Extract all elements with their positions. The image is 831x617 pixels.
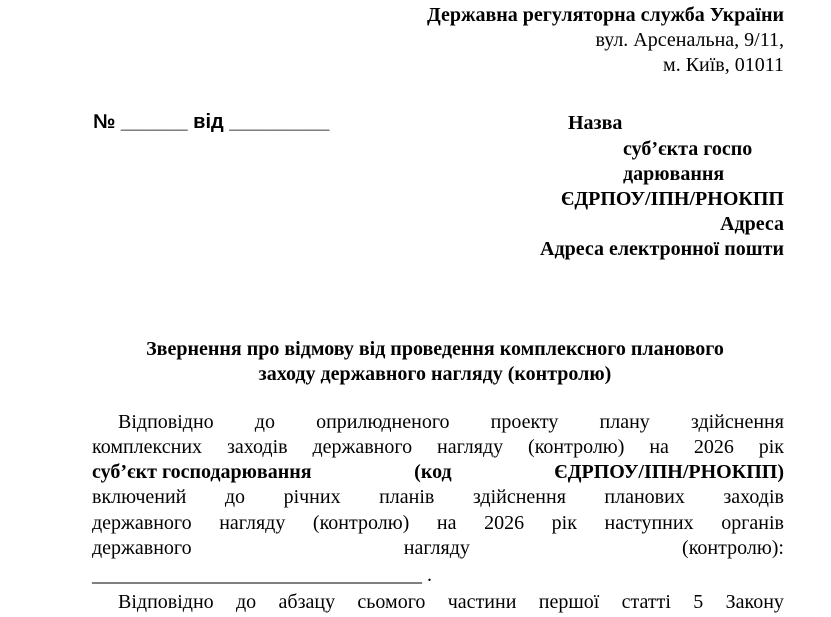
date-blank[interactable]: _________ <box>229 111 329 133</box>
paragraph2-line1: Відповідно до абзацу сьомого частини пер… <box>118 590 784 615</box>
paragraph1-line6: державного нагляду (контролю): <box>92 536 784 561</box>
sender-name-line1: Назва <box>568 111 622 136</box>
subject-placeholder: суб’єкт господарювання <box>92 460 312 485</box>
addressee-city: м. Київ, 01011 <box>663 53 784 78</box>
paragraph1-line5: державного нагляду (контролю) на 2026 рі… <box>92 511 784 536</box>
paragraph1-line3: суб’єкт господарювання (код ЄДРПОУ/ІПН/Р… <box>92 460 784 485</box>
sender-name-line3: дарювання <box>623 162 724 187</box>
code-placeholder: ЄДРПОУ/ІПН/РНОКПП) <box>554 460 784 485</box>
addressee-street: вул. Арсенальна, 9/11, <box>595 28 784 53</box>
addressee-organization: Державна регуляторна служба України <box>427 3 784 28</box>
paragraph1-line2: комплексних заходів державного нагляду (… <box>92 435 784 460</box>
sender-address: Адреса <box>720 212 784 237</box>
sender-email: Адреса електронної пошти <box>540 237 784 262</box>
date-label: від <box>193 111 224 133</box>
reference-line: № ______ від _________ <box>93 110 329 135</box>
paragraph1-line7: _________________________________ . <box>92 563 432 588</box>
document-title-line2: заходу державного нагляду (контролю) <box>80 362 790 387</box>
paragraph1-line1: Відповідно до оприлюдненого проекту план… <box>118 410 784 435</box>
sender-name-line2: суб’єкта госпо <box>623 137 752 162</box>
paragraph1-line4: включений до річних планів здійснення пл… <box>92 485 784 510</box>
number-label: № <box>93 111 115 133</box>
number-blank[interactable]: ______ <box>121 111 188 133</box>
sender-code: ЄДРПОУ/ІПН/РНОКПП <box>561 187 784 212</box>
document-title-line1: Звернення про відмову від проведення ком… <box>80 337 790 362</box>
authorities-blank[interactable]: _________________________________ <box>92 564 422 586</box>
